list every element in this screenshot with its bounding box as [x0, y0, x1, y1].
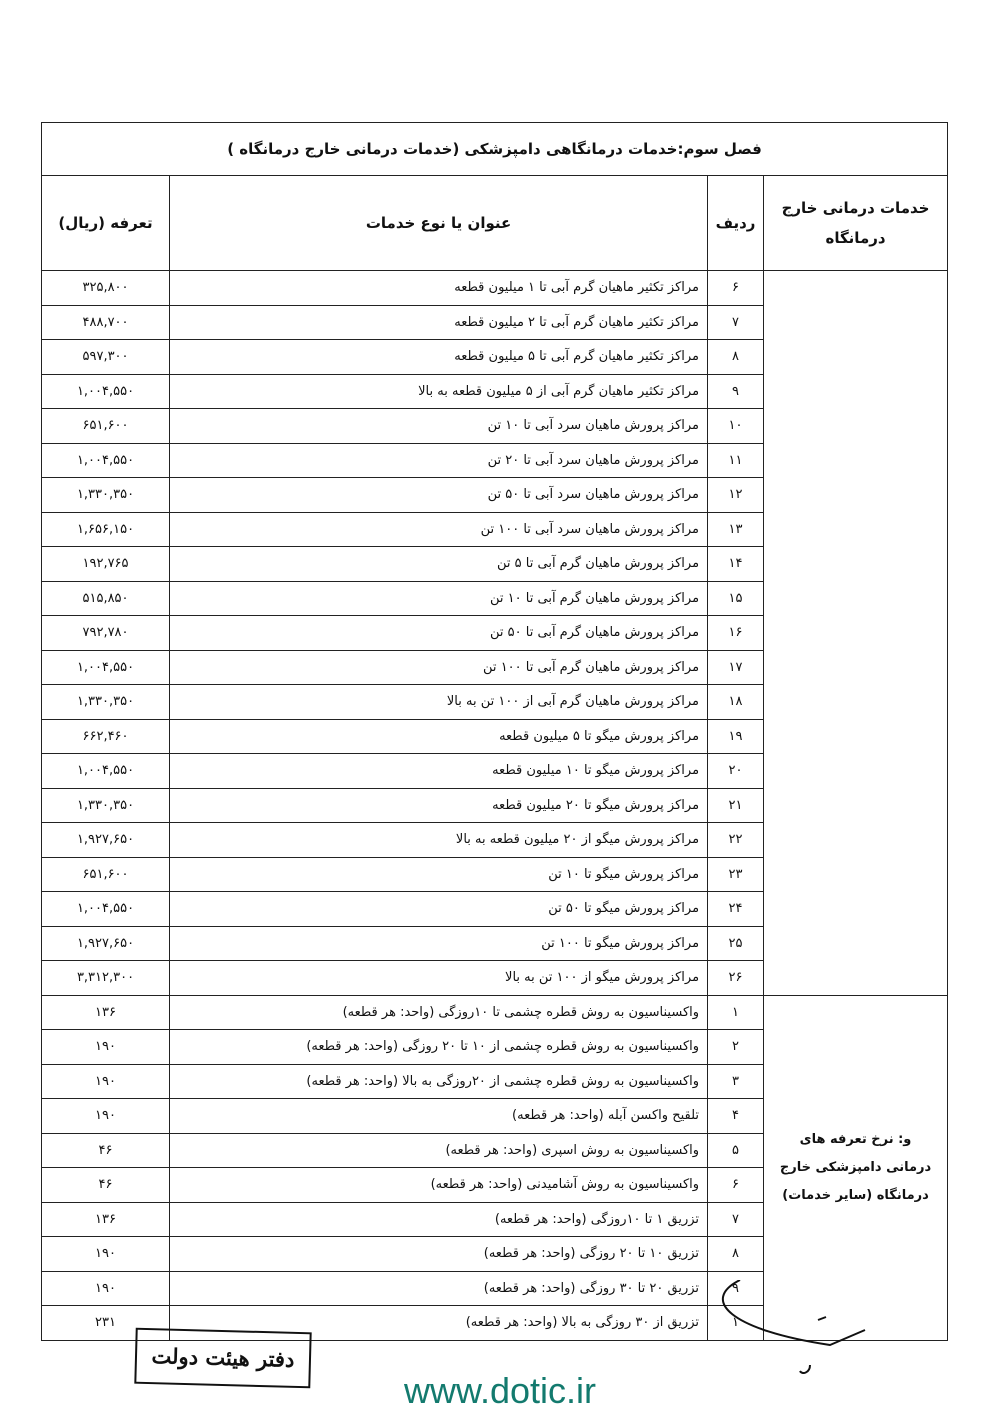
service-title: مراکز تکثیر ماهیان گرم آبی تا ۱ میلیون ق…	[170, 271, 708, 306]
row-number: ۱۹	[708, 719, 764, 754]
row-number: ۱۲	[708, 478, 764, 513]
row-number: ۱۷	[708, 650, 764, 685]
row-number: ۱۶	[708, 616, 764, 651]
tariff-value: ۱,۰۰۴,۵۵۰	[42, 892, 170, 927]
service-title: تزریق ۱۰ تا ۲۰ روزگی (واحد: هر قطعه)	[170, 1237, 708, 1272]
row-number: ۶	[708, 271, 764, 306]
service-title: مراکز پرورش ماهیان سرد آبی تا ۱۰ تن	[170, 409, 708, 444]
tariff-value: ۱۹۰	[42, 1030, 170, 1065]
row-number: ۵	[708, 1133, 764, 1168]
row-number: ۲۲	[708, 823, 764, 858]
tariff-value: ۱,۰۰۴,۵۵۰	[42, 374, 170, 409]
tariff-table: فصل سوم:خدمات درمانگاهی دامپزشکی (خدمات …	[41, 122, 948, 1341]
tariff-value: ۱۳۶	[42, 1202, 170, 1237]
table-header-row: خدمات درمانی خارج درمانگاه ردیف عنوان یا…	[42, 176, 948, 271]
service-title: واکسیناسیون به روش اسپری (واحد: هر قطعه)	[170, 1133, 708, 1168]
service-title: مراکز پرورش میگو تا ۱۰۰ تن	[170, 926, 708, 961]
row-number: ۲۴	[708, 892, 764, 927]
tariff-value: ۱۹۰	[42, 1271, 170, 1306]
table-row: و: نرخ تعرفه های درمانی دامپزشکی خارج در…	[42, 995, 948, 1030]
tariff-value: ۶۶۲,۴۶۰	[42, 719, 170, 754]
row-number: ۱۸	[708, 685, 764, 720]
row-number: ۳	[708, 1064, 764, 1099]
row-number: ۸	[708, 340, 764, 375]
tariff-value: ۱,۳۳۰,۳۵۰	[42, 478, 170, 513]
document-title: فصل سوم:خدمات درمانگاهی دامپزشکی (خدمات …	[42, 123, 948, 176]
table-row: ۶مراکز تکثیر ماهیان گرم آبی تا ۱ میلیون …	[42, 271, 948, 306]
watermark-url: www.dotic.ir	[0, 1370, 1000, 1412]
header-service: عنوان یا نوع خدمات	[170, 176, 708, 271]
service-title: مراکز پرورش میگو تا ۱۰ میلیون قطعه	[170, 754, 708, 789]
service-title: مراکز پرورش ماهیان گرم آبی تا ۱۰۰ تن	[170, 650, 708, 685]
row-number: ۶	[708, 1168, 764, 1203]
tariff-value: ۵۱۵,۸۵۰	[42, 581, 170, 616]
service-title: مراکز پرورش ماهیان سرد آبی تا ۵۰ تن	[170, 478, 708, 513]
service-title: واکسیناسیون به روش قطره چشمی از ۲۰روزگی …	[170, 1064, 708, 1099]
header-row-no: ردیف	[708, 176, 764, 271]
service-title: تزریق ۱ تا ۱۰روزگی (واحد: هر قطعه)	[170, 1202, 708, 1237]
service-title: مراکز تکثیر ماهیان گرم آبی از ۵ میلیون ق…	[170, 374, 708, 409]
tariff-value: ۳۲۵,۸۰۰	[42, 271, 170, 306]
tariff-value: ۱,۹۲۷,۶۵۰	[42, 926, 170, 961]
tariff-value: ۱,۰۰۴,۵۵۰	[42, 650, 170, 685]
tariff-value: ۱۳۶	[42, 995, 170, 1030]
row-number: ۲۰	[708, 754, 764, 789]
service-title: مراکز تکثیر ماهیان گرم آبی تا ۲ میلیون ق…	[170, 305, 708, 340]
service-title: مراکز تکثیر ماهیان گرم آبی تا ۵ میلیون ق…	[170, 340, 708, 375]
tariff-document: فصل سوم:خدمات درمانگاهی دامپزشکی (خدمات …	[41, 122, 947, 1341]
row-number: ۲	[708, 1030, 764, 1065]
row-number: ۲۶	[708, 961, 764, 996]
row-number: ۷	[708, 305, 764, 340]
tariff-value: ۶۵۱,۶۰۰	[42, 409, 170, 444]
tariff-value: ۳,۳۱۲,۳۰۰	[42, 961, 170, 996]
tariff-value: ۱,۳۳۰,۳۵۰	[42, 685, 170, 720]
service-title: مراکز پرورش ماهیان سرد آبی تا ۱۰۰ تن	[170, 512, 708, 547]
row-number: ۱۳	[708, 512, 764, 547]
tariff-value: ۱۹۰	[42, 1099, 170, 1134]
tariff-value: ۱,۶۵۶,۱۵۰	[42, 512, 170, 547]
row-number: ۲۵	[708, 926, 764, 961]
service-title: تزریق ۲۰ تا ۳۰ روزگی (واحد: هر قطعه)	[170, 1271, 708, 1306]
row-number: ۱۴	[708, 547, 764, 582]
tariff-value: ۱۹۲,۷۶۵	[42, 547, 170, 582]
service-title: مراکز پرورش ماهیان گرم آبی تا ۵۰ تن	[170, 616, 708, 651]
tariff-value: ۱۹۰	[42, 1064, 170, 1099]
tariff-value: ۵۹۷,۳۰۰	[42, 340, 170, 375]
row-number: ۴	[708, 1099, 764, 1134]
service-title: تلقیح واکسن آبله (واحد: هر قطعه)	[170, 1099, 708, 1134]
header-tariff: تعرفه (ریال)	[42, 176, 170, 271]
service-title: واکسیناسیون به روش آشامیدنی (واحد: هر قط…	[170, 1168, 708, 1203]
service-title: مراکز پرورش ماهیان گرم آبی تا ۱۰ تن	[170, 581, 708, 616]
tariff-value: ۱,۰۰۴,۵۵۰	[42, 754, 170, 789]
service-title: مراکز پرورش میگو تا ۵۰ تن	[170, 892, 708, 927]
row-number: ۲۱	[708, 788, 764, 823]
service-title: مراکز پرورش میگو از ۲۰ میلیون قطعه به با…	[170, 823, 708, 858]
tariff-value: ۴۶	[42, 1133, 170, 1168]
row-number: ۸	[708, 1237, 764, 1272]
service-title: واکسیناسیون به روش قطره چشمی از ۱۰ تا ۲۰…	[170, 1030, 708, 1065]
service-title: مراکز پرورش میگو تا ۵ میلیون قطعه	[170, 719, 708, 754]
service-title: مراکز پرورش ماهیان گرم آبی تا ۵ تن	[170, 547, 708, 582]
row-number: ۱	[708, 995, 764, 1030]
tariff-value: ۶۵۱,۶۰۰	[42, 857, 170, 892]
tariff-value: ۴۶	[42, 1168, 170, 1203]
tariff-value: ۱,۳۳۰,۳۵۰	[42, 788, 170, 823]
row-number: ۷	[708, 1202, 764, 1237]
service-title: مراکز پرورش میگو از ۱۰۰ تن به بالا	[170, 961, 708, 996]
row-number: ۱۰	[708, 409, 764, 444]
row-number: ۲۳	[708, 857, 764, 892]
section-category	[764, 271, 948, 996]
service-title: مراکز پرورش ماهیان گرم آبی از ۱۰۰ تن به …	[170, 685, 708, 720]
row-number: ۹	[708, 374, 764, 409]
row-number: ۱۵	[708, 581, 764, 616]
service-title: مراکز پرورش میگو تا ۱۰ تن	[170, 857, 708, 892]
tariff-value: ۴۸۸,۷۰۰	[42, 305, 170, 340]
tariff-value: ۱,۰۰۴,۵۵۰	[42, 443, 170, 478]
tariff-value: ۱,۹۲۷,۶۵۰	[42, 823, 170, 858]
service-title: مراکز پرورش ماهیان سرد آبی تا ۲۰ تن	[170, 443, 708, 478]
service-title: واکسیناسیون به روش قطره چشمی تا ۱۰روزگی …	[170, 995, 708, 1030]
tariff-value: ۱۹۰	[42, 1237, 170, 1272]
service-title: مراکز پرورش میگو تا ۲۰ میلیون قطعه	[170, 788, 708, 823]
tariff-value: ۷۹۲,۷۸۰	[42, 616, 170, 651]
header-category: خدمات درمانی خارج درمانگاه	[764, 176, 948, 271]
row-number: ۱۱	[708, 443, 764, 478]
